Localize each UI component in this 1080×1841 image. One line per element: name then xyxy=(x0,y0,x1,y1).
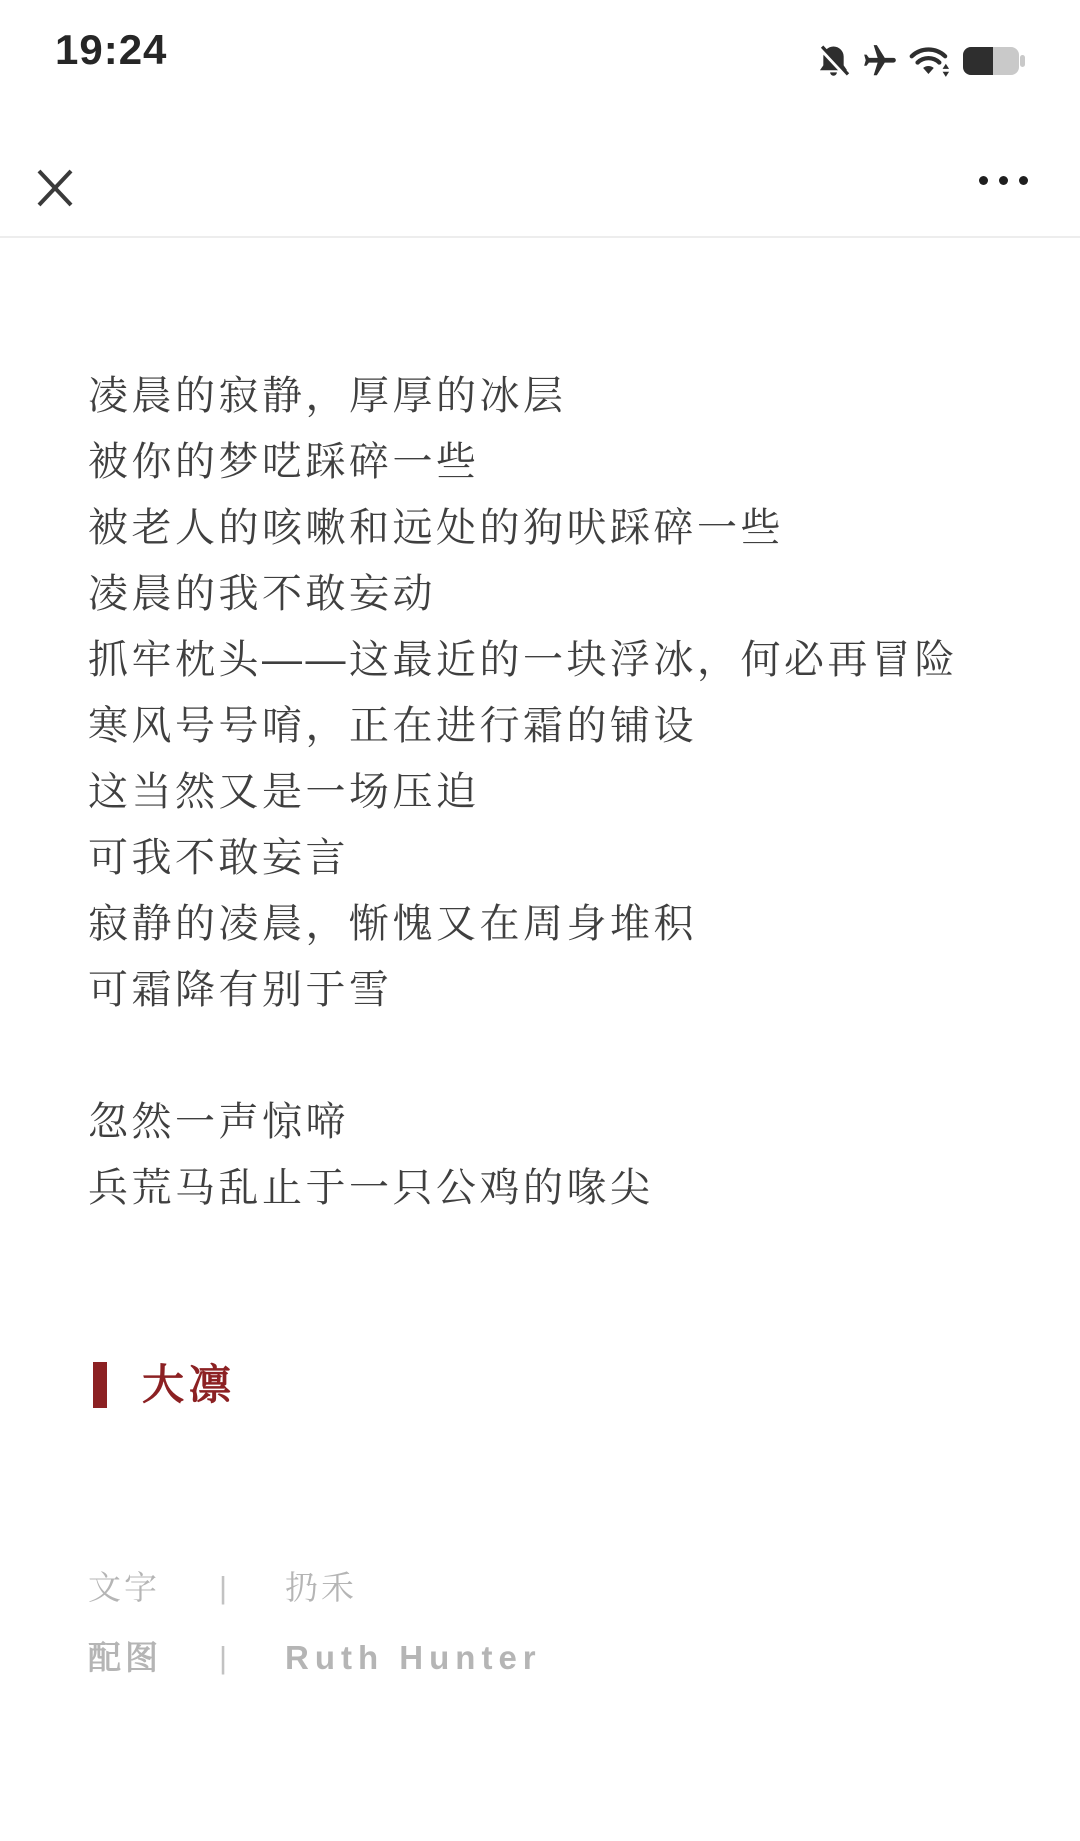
stanza-break xyxy=(88,1023,1050,1089)
more-icon xyxy=(979,176,988,185)
poem-line: 被你的梦呓踩碎一些 xyxy=(88,429,1050,495)
poem-line: 可霜降有别于雪 xyxy=(88,957,1050,1023)
close-icon xyxy=(34,166,76,210)
credit-separator: | xyxy=(219,1638,227,1678)
article-screen: 19:24 xyxy=(0,0,1080,1841)
credit-value: Ruth Hunter xyxy=(285,1638,542,1678)
more-button[interactable] xyxy=(975,160,1032,200)
more-icon xyxy=(1019,176,1028,185)
more-icon xyxy=(999,176,1008,185)
credit-label: 文字 xyxy=(88,1568,160,1608)
author-accent-bar xyxy=(93,1362,107,1408)
credit-row-illustration: 配图 | Ruth Hunter xyxy=(0,1638,1080,1678)
poem-line: 凌晨的寂静，厚厚的冰层 xyxy=(88,363,1050,429)
status-icons xyxy=(815,42,1026,80)
poem-line: 抓牢枕头——这最近的一块浮冰，何必再冒险 xyxy=(88,627,1050,693)
notifications-off-icon xyxy=(815,42,852,80)
author-name: 大凛 xyxy=(142,1362,236,1408)
credit-separator: | xyxy=(219,1568,227,1608)
airplane-mode-icon xyxy=(861,42,899,80)
wifi-icon xyxy=(908,42,954,80)
poem-line: 可我不敢妄言 xyxy=(88,825,1050,891)
poem-line: 忽然一声惊啼 xyxy=(88,1089,1050,1155)
status-bar: 19:24 xyxy=(0,0,1080,100)
poem-line: 寂静的凌晨，惭愧又在周身堆积 xyxy=(88,891,1050,957)
credit-label: 配图 xyxy=(88,1638,162,1678)
author-section: 大凛 xyxy=(93,1362,236,1408)
poem-line: 被老人的咳嗽和远处的狗吠踩碎一些 xyxy=(88,495,1050,561)
poem-line: 凌晨的我不敢妄动 xyxy=(88,561,1050,627)
nav-divider xyxy=(0,236,1080,238)
poem-line: 兵荒马乱止于一只公鸡的喙尖 xyxy=(88,1155,1050,1221)
battery-icon xyxy=(963,42,1026,80)
credit-value: 扔禾 xyxy=(285,1568,357,1608)
poem-line: 这当然又是一场压迫 xyxy=(88,759,1050,825)
poem-line: 寒风号号唷，正在进行霜的铺设 xyxy=(88,693,1050,759)
poem-body: 凌晨的寂静，厚厚的冰层 被你的梦呓踩碎一些 被老人的咳嗽和远处的狗吠踩碎一些 凌… xyxy=(88,363,1050,1221)
credit-row-text: 文字 | 扔禾 xyxy=(0,1568,1080,1608)
close-button[interactable] xyxy=(30,163,80,213)
status-time: 19:24 xyxy=(55,26,167,74)
